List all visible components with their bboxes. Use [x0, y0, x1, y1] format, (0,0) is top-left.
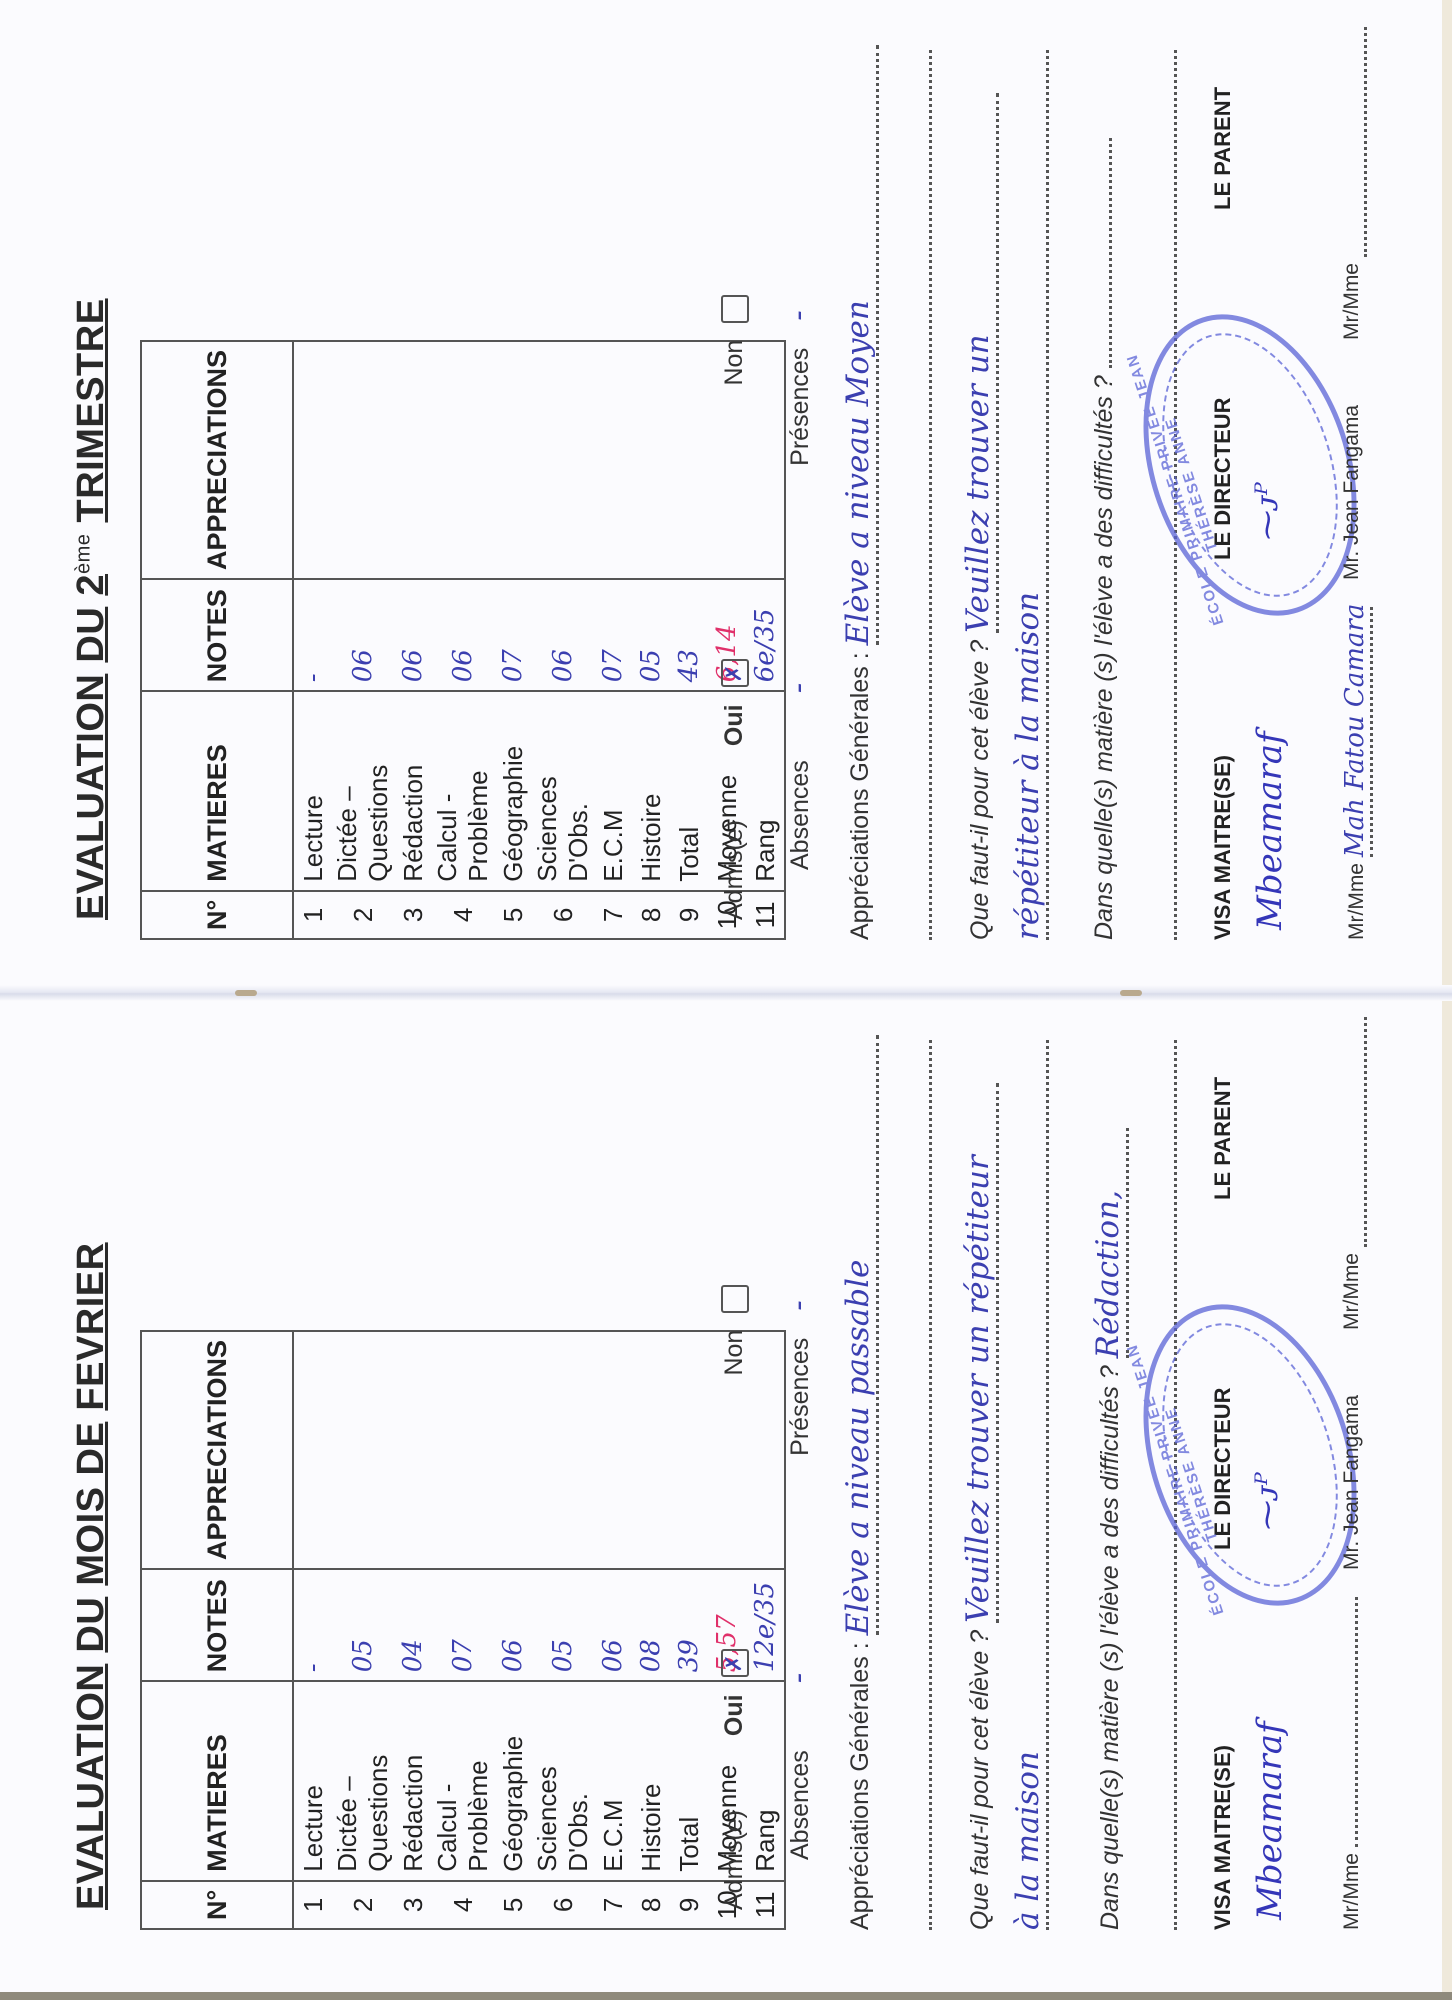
difficulties-value[interactable] — [1109, 138, 1112, 368]
grade-value[interactable]: 07 — [494, 579, 532, 691]
oui-label: Oui — [720, 1694, 748, 1736]
needs-label: Que faut-il pour cet élève ? — [966, 1630, 994, 1930]
visa-maitre-label: VISA MAITRE(SE) — [1210, 755, 1236, 940]
table-row: 2Dictée – Questions05 — [332, 1331, 394, 1929]
row-number: 8 — [632, 891, 670, 939]
subject-name: Calcul - Problème — [432, 1681, 494, 1880]
row-number: 4 — [432, 891, 494, 939]
appreciation-cell[interactable] — [594, 1331, 632, 1569]
appreciation-cell[interactable] — [394, 1331, 432, 1569]
table-row: 7E.C.M06 — [594, 1331, 632, 1929]
parent-label: LE PARENT — [1210, 1077, 1236, 1200]
page-2eme-trimestre: EVALUATION DU 2ème TRIMESTRE N°MATIERESN… — [0, 20, 1452, 980]
page-trimestre: EVALUATION DU 2ème TRIMESTRE N°MATIERESN… — [0, 20, 1420, 980]
difficulties-row: Dans quelle(s) matière (s) l'élève a des… — [1090, 1128, 1129, 1930]
subject-name: Sciences D'Obs. — [532, 691, 594, 890]
grade-value[interactable]: 05 — [632, 579, 670, 691]
difficulties-label: Dans quelle(s) matière (s) l'élève a des… — [1090, 375, 1118, 940]
maitre-name-label: Mr/Mme — [1340, 1853, 1363, 1930]
grade-value[interactable]: 06 — [594, 1569, 632, 1681]
grade-value[interactable]: 07 — [432, 1569, 494, 1681]
row-number: 1 — [293, 1881, 332, 1929]
table-row: 3Rédaction06 — [394, 341, 432, 939]
admis-row: Admis(e) Oui ✗ Non — [720, 1285, 749, 1910]
needs-value-continued[interactable]: répétiteur à la maison — [1010, 50, 1049, 940]
parent-name-row: Mr/Mme — [1340, 1017, 1367, 1330]
title-word: MOIS DE — [70, 1422, 112, 1586]
grade-value[interactable]: 08 — [632, 1569, 670, 1681]
column-header-appreciations: APPRECIATIONS — [141, 1331, 293, 1569]
stamp-text: ÉCOLE PRIMAIRE PRIVÉE JEAN THÉRÈSE ANNE — [1121, 1329, 1246, 1625]
row-number: 11 — [746, 1881, 785, 1929]
appreciation-cell[interactable] — [632, 1331, 670, 1569]
difficulties-value[interactable]: Rédaction, — [1090, 1128, 1129, 1358]
director-signature: ⁓ᴊᴾ — [1250, 482, 1285, 540]
row-number: 2 — [332, 1881, 394, 1929]
table-row: 6Sciences D'Obs.05 — [532, 1331, 594, 1929]
teacher-signature: Mbeamaraf — [1250, 1721, 1290, 1920]
stamp-text: ÉCOLE PRIMAIRE PRIVÉE JEAN THÉRÈSE ANNE — [1121, 339, 1246, 635]
subject-name: Calcul - Problème — [432, 691, 494, 890]
non-checkbox[interactable] — [721, 1285, 749, 1313]
presences-label: Présences — [786, 1338, 814, 1456]
table-row: 8Histoire08 — [632, 1331, 670, 1929]
needs-value[interactable]: Veuillez trouver un — [960, 93, 999, 633]
title-word: TRIMESTRE — [70, 298, 112, 522]
appreciation-cell[interactable] — [432, 1331, 494, 1569]
table-row: 7E.C.M07 — [594, 341, 632, 939]
maitre-name-label: Mr/Mme — [1345, 863, 1368, 940]
parent-name-label: Mr/Mme — [1340, 1253, 1363, 1330]
grade-value[interactable]: 05 — [532, 1569, 594, 1681]
title-superscript: ème — [72, 534, 94, 574]
parent-label: LE PARENT — [1210, 87, 1236, 210]
oui-checkbox[interactable]: ✗ — [721, 1649, 749, 1677]
title-word: EVALUATION — [70, 674, 112, 920]
scanner-edge — [0, 1992, 1452, 2000]
non-label: Non — [720, 1330, 748, 1376]
subject-name: Dictée – Questions — [332, 691, 394, 890]
presences-value: - — [780, 310, 816, 320]
table-header-row: N°MATIERESNOTESAPPRECIATIONS — [141, 1331, 293, 1929]
appreciations-row: Appréciations Générales : Elève a niveau… — [840, 45, 879, 940]
table-row: 1Lecture- — [293, 341, 332, 939]
visa-maitre-label: VISA MAITRE(SE) — [1210, 1745, 1236, 1930]
row-number: 4 — [432, 1881, 494, 1929]
subject-name: Total — [670, 691, 708, 890]
title-word: DU — [70, 1597, 112, 1653]
appreciations-label: Appréciations Générales : — [846, 1642, 874, 1930]
subject-name: Dictée – Questions — [332, 1681, 394, 1880]
appreciations-line-2 — [900, 1040, 932, 1930]
table-row: 3Rédaction04 — [394, 1331, 432, 1929]
row-number: 9 — [670, 1881, 708, 1929]
difficulties-row: Dans quelle(s) matière (s) l'élève a des… — [1090, 138, 1119, 940]
admis-row: Admis(e) Oui ✗ Non — [720, 295, 749, 920]
subject-name: Géographie — [494, 691, 532, 890]
absences-value: - — [780, 683, 816, 693]
appreciation-cell[interactable] — [494, 1331, 532, 1569]
row-number: 8 — [632, 1881, 670, 1929]
appreciation-cell[interactable] — [632, 341, 670, 579]
appreciation-cell[interactable] — [293, 1331, 332, 1569]
grade-value[interactable]: 06 — [332, 579, 394, 691]
row-number: 5 — [494, 891, 532, 939]
column-header-appreciations: APPRECIATIONS — [141, 341, 293, 579]
appreciation-cell[interactable] — [670, 1331, 708, 1569]
column-header-matieres: MATIERES — [141, 691, 293, 890]
appreciation-cell[interactable] — [494, 341, 532, 579]
title-word: DU — [70, 607, 112, 663]
oui-label: Oui — [720, 704, 748, 746]
table-row: 9Total43 — [670, 341, 708, 939]
table-row: 9Total39 — [670, 1331, 708, 1929]
grade-value[interactable]: 06 — [432, 579, 494, 691]
difficulties-label: Dans quelle(s) matière (s) l'élève a des… — [1096, 1365, 1124, 1930]
column-header-n: N° — [141, 1881, 293, 1929]
appreciations-label: Appréciations Générales : — [846, 652, 874, 940]
page-title: EVALUATION DU MOIS DE FEVRIER — [70, 1242, 113, 1910]
table-row: 2Dictée – Questions06 — [332, 341, 394, 939]
grade-value[interactable]: 07 — [594, 579, 632, 691]
grade-value[interactable]: 06 — [394, 579, 432, 691]
presences-value: - — [780, 1300, 816, 1310]
appreciation-cell[interactable] — [332, 1331, 394, 1569]
column-header-matieres: MATIERES — [141, 1681, 293, 1880]
appreciation-cell[interactable] — [670, 341, 708, 579]
non-checkbox[interactable] — [721, 295, 749, 323]
staple — [235, 990, 257, 996]
page-mois-fevrier: EVALUATION DU MOIS DE FEVRIER N°MATIERES… — [0, 1010, 1452, 1970]
grade-value[interactable]: 06 — [532, 579, 594, 691]
director-signature: ⁓ᴊᴾ — [1250, 1472, 1285, 1530]
maitre-name-row: Mr/Mme Mah Fatou Camara — [1340, 607, 1373, 940]
row-number: 3 — [394, 1881, 432, 1929]
table-row: 4Calcul - Problème06 — [432, 341, 494, 939]
directeur-name: Mr. Jean Fangama — [1340, 405, 1364, 580]
row-number: 2 — [332, 891, 394, 939]
directeur-name: Mr. Jean Fangama — [1340, 1395, 1364, 1570]
non-label: Non — [720, 340, 748, 386]
appreciations-value[interactable]: Elève a niveau Moyen — [840, 45, 879, 645]
oui-checkbox[interactable]: ✗ — [721, 659, 749, 687]
subject-name: Histoire — [632, 1681, 670, 1880]
appreciation-cell[interactable] — [332, 341, 394, 579]
appreciation-cell[interactable] — [594, 341, 632, 579]
maitre-name-row: Mr/Mme — [1340, 1597, 1364, 1930]
grades-table: N°MATIERESNOTESAPPRECIATIONS 1Lecture-2D… — [140, 1330, 786, 1930]
subject-name: Géographie — [494, 1681, 532, 1880]
row-number: 7 — [594, 1881, 632, 1929]
table-row: 4Calcul - Problème07 — [432, 1331, 494, 1929]
teacher-signature: Mbeamaraf — [1250, 731, 1290, 930]
admis-label: Admis(e) — [720, 820, 748, 920]
needs-line-2: répétiteur à la maison — [1010, 50, 1049, 940]
subject-name: Lecture — [293, 1681, 332, 1880]
table-row: 8Histoire05 — [632, 341, 670, 939]
row-number: 6 — [532, 1881, 594, 1929]
table-row: 1Lecture- — [293, 1331, 332, 1929]
absences-label: Absences — [786, 1750, 814, 1860]
page-fevrier: EVALUATION DU MOIS DE FEVRIER N°MATIERES… — [0, 1010, 1420, 1970]
subject-name: Histoire — [632, 691, 670, 890]
absences-row: Absences - Présences - — [780, 310, 816, 870]
row-number: 1 — [293, 891, 332, 939]
grades-table: N°MATIERESNOTESAPPRECIATIONS 1Lecture-2D… — [140, 340, 786, 940]
row-number: 11 — [746, 891, 785, 939]
column-header-n: N° — [141, 891, 293, 939]
appreciation-cell[interactable] — [394, 341, 432, 579]
grade-value[interactable]: 06 — [494, 1569, 532, 1681]
row-number: 5 — [494, 1881, 532, 1929]
table-row: 5Géographie06 — [494, 1331, 532, 1929]
parent-name-label: Mr/Mme — [1340, 263, 1363, 340]
needs-label: Que faut-il pour cet élève ? — [966, 640, 994, 940]
grade-value[interactable]: 04 — [394, 1569, 432, 1681]
title-word: 2 — [70, 574, 112, 596]
title-word: FEVRIER — [70, 1242, 112, 1410]
title-word: EVALUATION — [70, 1664, 112, 1910]
grade-value[interactable]: - — [293, 1569, 332, 1681]
appreciations-value[interactable]: Elève a niveau passable — [840, 1035, 879, 1635]
row-number: 7 — [594, 891, 632, 939]
needs-row: Que faut-il pour cet élève ? Veuillez tr… — [960, 93, 999, 940]
subject-name: Sciences D'Obs. — [532, 1681, 594, 1880]
appreciations-row: Appréciations Générales : Elève a niveau… — [840, 1035, 879, 1930]
appreciation-cell[interactable] — [532, 1331, 594, 1569]
needs-value-continued[interactable]: à la maison — [1010, 1040, 1049, 1930]
absences-value: - — [780, 1673, 816, 1683]
needs-row: Que faut-il pour cet élève ? Veuillez tr… — [960, 1083, 999, 1930]
subject-name: E.C.M — [594, 691, 632, 890]
needs-value[interactable]: Veuillez trouver un répétiteur — [960, 1083, 999, 1623]
admis-label: Admis(e) — [720, 1810, 748, 1910]
appreciation-cell[interactable] — [432, 341, 494, 579]
grade-value[interactable]: 39 — [670, 1569, 708, 1681]
absences-row: Absences - Présences - — [780, 1300, 816, 1860]
grade-value[interactable]: - — [293, 579, 332, 691]
column-header-notes: NOTES — [141, 579, 293, 691]
presences-label: Présences — [786, 348, 814, 466]
subject-name: Lecture — [293, 691, 332, 890]
subject-name: Total — [670, 1681, 708, 1880]
table-row: 5Géographie07 — [494, 341, 532, 939]
subject-name: Rédaction — [394, 691, 432, 890]
subject-name: E.C.M — [594, 1681, 632, 1880]
absences-label: Absences — [786, 760, 814, 870]
grade-value[interactable]: 43 — [670, 579, 708, 691]
parent-name-row: Mr/Mme — [1340, 27, 1367, 340]
page-title: EVALUATION DU 2ème TRIMESTRE — [70, 298, 113, 920]
column-header-notes: NOTES — [141, 1569, 293, 1681]
maitre-name-value[interactable]: Mah Fatou Camara — [1340, 607, 1373, 857]
staple — [1120, 990, 1142, 996]
row-number: 9 — [670, 891, 708, 939]
subject-name: Rédaction — [394, 1681, 432, 1880]
appreciation-cell[interactable] — [293, 341, 332, 579]
appreciations-line-2 — [900, 50, 932, 940]
row-number: 6 — [532, 891, 594, 939]
needs-line-2: à la maison — [1010, 1040, 1049, 1930]
table-header-row: N°MATIERESNOTESAPPRECIATIONS — [141, 341, 293, 939]
grade-value[interactable]: 05 — [332, 1569, 394, 1681]
appreciation-cell[interactable] — [532, 341, 594, 579]
table-row: 6Sciences D'Obs.06 — [532, 341, 594, 939]
row-number: 3 — [394, 891, 432, 939]
booklet-fold — [0, 985, 1452, 1001]
maitre-name-value[interactable] — [1355, 1597, 1358, 1847]
